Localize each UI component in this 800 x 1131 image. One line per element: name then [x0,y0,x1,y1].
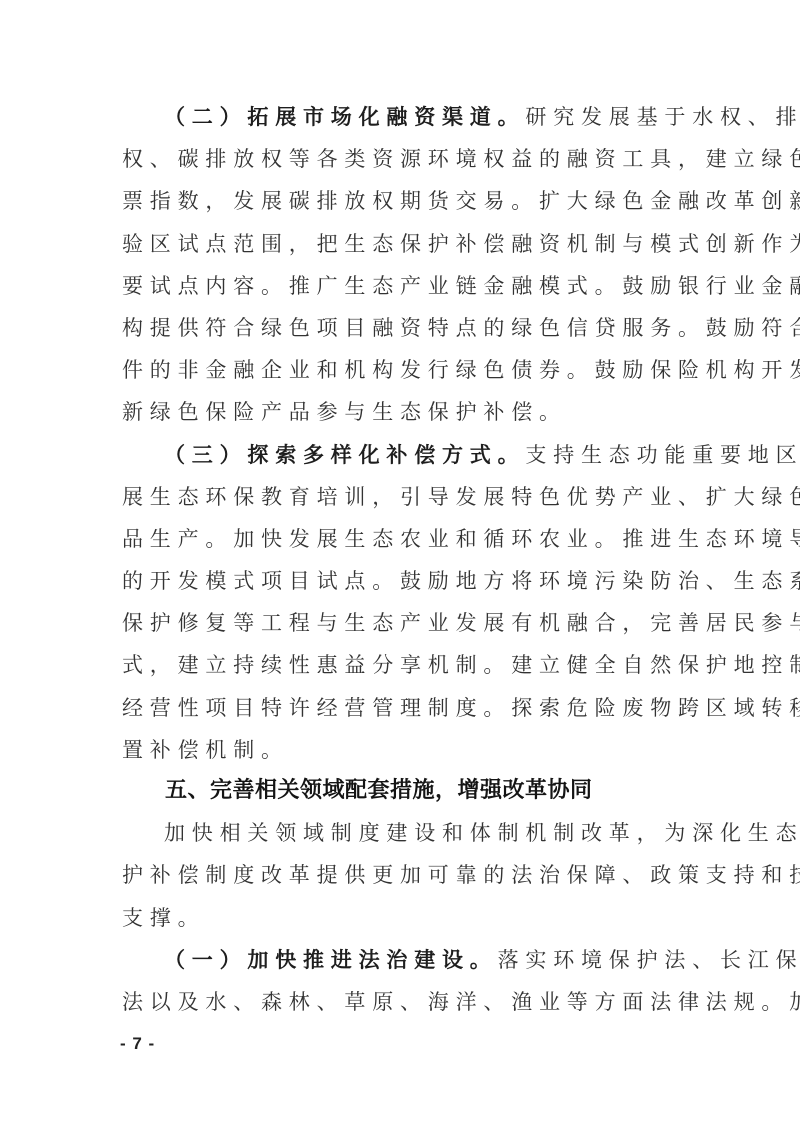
subsection-title: （一）加快推进法治建设。 [164,947,498,972]
paragraph-line: 护补偿制度改革提供更加可靠的法治保障、政策支持和技术 [122,860,702,890]
document-page: （二）拓展市场化融资渠道。研究发展基于水权、排污 权、碳排放权等各类资源环境权益… [0,0,800,1131]
subsection-title: （二）拓展市场化融资渠道。 [164,104,525,129]
paragraph-line: 件的非金融企业和机构发行绿色债券。鼓励保险机构开发创 [122,355,702,385]
paragraph-line: 展生态环保教育培训，引导发展特色优势产业、扩大绿色产 [122,482,702,512]
subsection-title: （三）探索多样化补偿方式。 [164,442,525,467]
paragraph-line: 加快相关领域制度建设和体制机制改革，为深化生态保 [164,818,744,848]
paragraph-line: 验区试点范围，把生态保护补偿融资机制与模式创新作为重 [122,229,702,259]
paragraph-line: （二）拓展市场化融资渠道。研究发展基于水权、排污 [164,102,744,132]
paragraph-line: 经营性项目特许经营管理制度。探索危险废物跨区域转移处 [122,693,702,723]
section-heading: 五、完善相关领域配套措施，增强改革协同 [165,776,593,806]
paragraph-line: （三）探索多样化补偿方式。支持生态功能重要地区开 [164,440,744,470]
paragraph-line: 保护修复等工程与生态产业发展有机融合，完善居民参与方 [122,608,702,638]
paragraph-line: 式，建立持续性惠益分享机制。建立健全自然保护地控制区 [122,650,702,680]
paragraph-line: 构提供符合绿色项目融资特点的绿色信贷服务。鼓励符合条 [122,313,702,343]
paragraph-line: 新绿色保险产品参与生态保护补偿。 [122,397,702,427]
paragraph-line: 品生产。加快发展生态农业和循环农业。推进生态环境导向 [122,524,702,554]
paragraph-line: 的开发模式项目试点。鼓励地方将环境污染防治、生态系统 [122,566,702,596]
paragraph-line: 置补偿机制。 [122,735,702,765]
paragraph-line: 法以及水、森林、草原、海洋、渔业等方面法律法规。加快 [122,987,702,1017]
paragraph-line: 要试点内容。推广生态产业链金融模式。鼓励银行业金融机 [122,271,702,301]
page-number: - 7 - [120,1034,155,1054]
paragraph-line: 支撑。 [122,903,702,933]
paragraph-line: 权、碳排放权等各类资源环境权益的融资工具，建立绿色股 [122,144,702,174]
paragraph-line: 票指数，发展碳排放权期货交易。扩大绿色金融改革创新试 [122,186,702,216]
paragraph-line: （一）加快推进法治建设。落实环境保护法、长江保护 [164,945,744,975]
